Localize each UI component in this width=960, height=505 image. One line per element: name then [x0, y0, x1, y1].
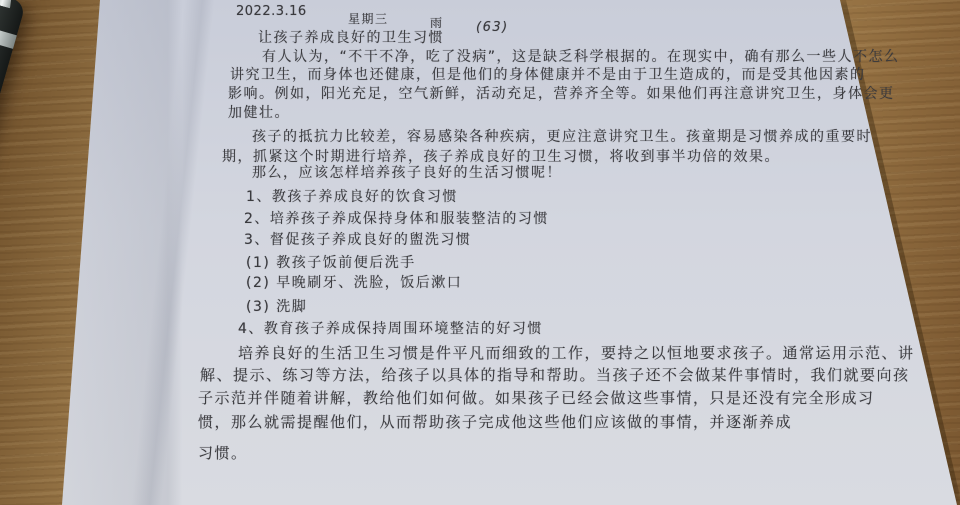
- sub-item-1: (1) 教孩子饭前便后洗手: [246, 252, 416, 272]
- list-item-3: 3、督促孩子养成良好的盥洗习惯: [244, 229, 471, 249]
- paragraph-4-line-1: 培养良好的生活卫生习惯是件平凡而细致的工作，要持之以恒地要求孩子。通常运用示范、…: [238, 342, 915, 363]
- sub-item-3: (3) 洗脚: [246, 296, 307, 316]
- paragraph-1-line-4: 加健壮。: [228, 102, 290, 122]
- paragraph-1-line-1: 有人认为，“不干不净，吃了没病”，这是缺乏科学根据的。在现实中，确有那么一些人不…: [262, 46, 900, 66]
- entry-date: 2022.3.16: [236, 4, 307, 19]
- paragraph-4-line-3: 子示范并伴随着讲解，教给他们如何做。如果孩子已经会做这些事情，只是还没有完全形成…: [198, 387, 875, 408]
- paragraph-4-line-2: 解、提示、练习等方法，给孩子以具体的指导和帮助。当孩子还不会做某件事情时，我们就…: [200, 364, 910, 385]
- list-item-4: 4、教育孩子养成保持周围环境整洁的好习惯: [238, 318, 543, 338]
- list-item-1: 1、教孩子养成良好的饮食习惯: [246, 186, 458, 206]
- pen-tip: [0, 0, 21, 8]
- paragraph-4-line-4: 惯，那么就需提醒他们，从而帮助孩子完成他这些他们应该做的事情，并逐渐养成: [198, 411, 792, 432]
- paragraph-1-line-3: 影响。例如，阳光充足，空气新鲜，活动充足，营养齐全等。如果他们再注意讲究卫生，身…: [228, 83, 895, 103]
- paragraph-1-line-2: 讲究卫生，而身体也还健康，但是他们的身体健康并不是由于卫生造成的，而是受其他因素…: [230, 64, 866, 84]
- document-title: 让孩子养成良好的卫生习惯: [258, 27, 444, 47]
- page-number: (63): [476, 20, 509, 35]
- entry-weekday: 星期三: [348, 10, 389, 27]
- list-item-2: 2、培养孩子养成保持身体和服装整洁的习惯: [244, 208, 549, 228]
- paragraph-4-line-5: 习惯。: [198, 442, 248, 463]
- paragraph-2-line-1: 孩子的抵抗力比较差，容易感染各种疾病，更应注意讲究卫生。孩童期是习惯养成的重要时: [252, 126, 872, 146]
- paragraph-3: 那么，应该怎样培养孩子良好的生活习惯呢！: [252, 162, 562, 182]
- sub-item-2: (2) 早晚刷牙、洗脸，饭后漱口: [246, 272, 462, 292]
